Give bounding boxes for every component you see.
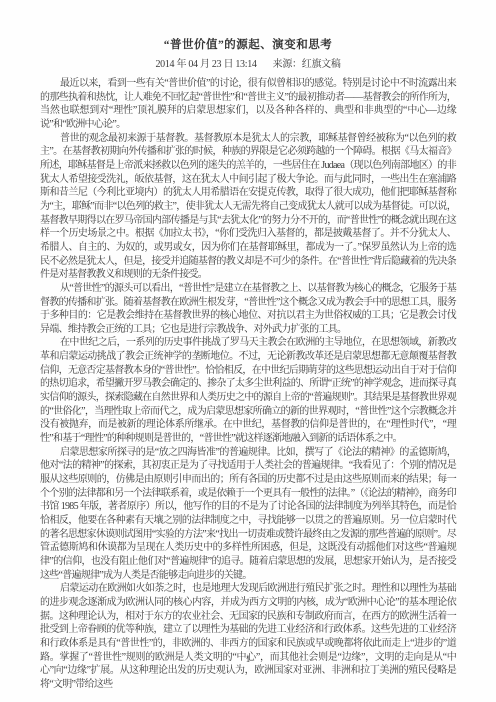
paragraph: 在中世纪之后，一系列的历史事件挑战了罗马天主教会在欧洲的主导地位，在思想领域，新… (40, 336, 456, 445)
document-page: “普世价值”的源起、演变和思考 2014 年 04 月 23 日 13:14来源… (0, 0, 496, 702)
document-content: “普世价值”的源起、演变和思考 2014 年 04 月 23 日 13:14来源… (40, 36, 456, 692)
paragraph: 从“普世性”的源头可以看出，“普世性”是建立在基督教之上、以基督教为核心的概念，… (40, 282, 456, 337)
publish-date: 2014 年 04 月 23 日 13:14 (155, 59, 256, 70)
document-title: “普世价值”的源起、演变和思考 (40, 36, 456, 52)
paragraph: 普世的观念最初来源于基督教。基督教原本是犹太人的宗教，耶稣基督曾经被称为“以色列… (40, 132, 456, 282)
paragraph: 启蒙运动在欧洲如火如荼之时，也是地理大发现后欧洲进行殖民扩张之时。理性和以理性为… (40, 582, 456, 691)
body-text: 最近以来，看到一些有关“普世价值”的讨论，很有似曾相识的感觉。特别是讨论中不时流… (40, 77, 456, 692)
page-number: 1 (0, 654, 496, 664)
paragraph: 最近以来，看到一些有关“普世价值”的讨论，很有似曾相识的感觉。特别是讨论中不时流… (40, 77, 456, 132)
paragraph: 启蒙思想家所探寻的是“放之四海皆准”的普遍规律。比如，撰写了《论法的精神》的孟德… (40, 446, 456, 583)
source-label: 来源：红旗文稿 (273, 59, 341, 70)
document-meta: 2014 年 04 月 23 日 13:14来源：红旗文稿 (40, 55, 456, 70)
